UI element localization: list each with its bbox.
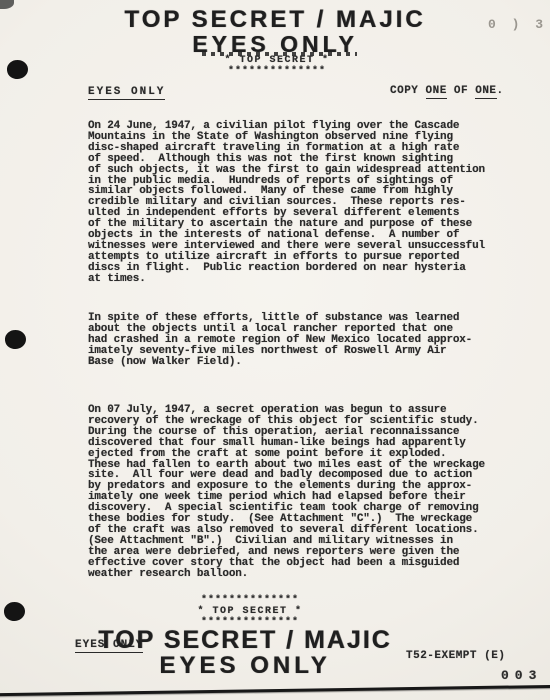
- body-paragraph-1: On 24 June, 1947, a civilian pilot flyin…: [88, 121, 485, 285]
- body-paragraph-2: In spite of these efforts, little of sub…: [88, 313, 472, 368]
- footer-stamp-eyes-only: EYES ONLY: [60, 652, 430, 680]
- footer-stamp-top-secret-majic: TOP SECRET / MAJIC: [60, 626, 430, 655]
- hole-punch-dot-2: [4, 329, 27, 351]
- footer-exempt-label: T52-EXEMPT (E): [406, 651, 505, 662]
- header-copy-line: COPY ONE OF ONE.: [390, 86, 504, 97]
- copy-of: OF: [447, 85, 475, 97]
- copy-one-first: ONE: [426, 85, 447, 99]
- header-eyes-only-typed: EYES ONLY: [88, 87, 165, 100]
- header-asterisk-row: **************: [0, 67, 550, 78]
- document-page: 0 ) 3 TOP SECRET / MAJIC EYES ONLY * TOP…: [0, 0, 550, 700]
- page-number-bottom: 003: [501, 668, 542, 683]
- body-paragraph-3: On 07 July, 1947, a secret operation was…: [88, 405, 485, 580]
- copy-period: .: [497, 85, 504, 97]
- copy-word: COPY: [390, 85, 426, 97]
- header-stamp-top-secret-majic: TOP SECRET / MAJIC: [0, 6, 550, 34]
- copy-one-second: ONE: [475, 85, 496, 99]
- scan-edge-line: [0, 685, 550, 697]
